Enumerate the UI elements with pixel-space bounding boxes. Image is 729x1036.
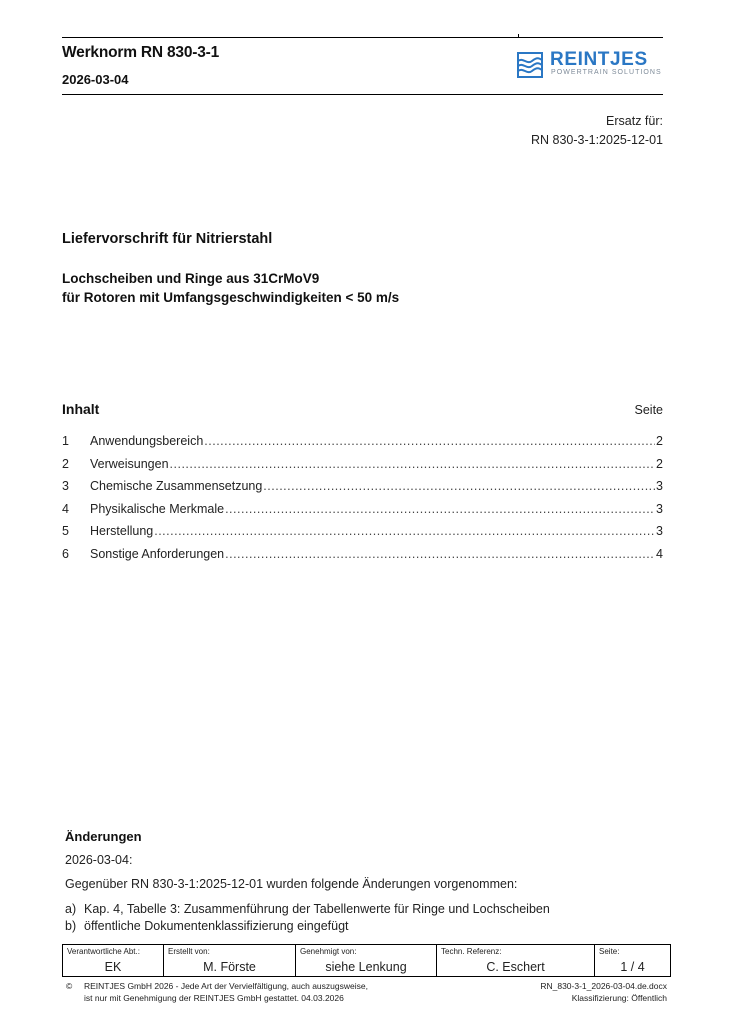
toc-entry-number: 1 <box>62 434 90 448</box>
toc-entry-page: 4 <box>656 547 663 561</box>
toc-entry-page: 3 <box>656 479 663 493</box>
replaces-block: Ersatz für: RN 830-3-1:2025-12-01 <box>531 112 663 150</box>
scope-line-1: Lochscheiben und Ringe aus 31CrMoV9 <box>62 269 399 288</box>
document-title: Werknorm RN 830-3-1 <box>62 44 219 62</box>
toc-leader-dots <box>263 479 655 493</box>
toc-entry-number: 3 <box>62 479 90 493</box>
document-scope: Lochscheiben und Ringe aus 31CrMoV9 für … <box>62 269 399 307</box>
cell-value: C. Eschert <box>437 960 594 974</box>
toc-entry-label: Anwendungsbereich <box>90 434 203 448</box>
toc-entry-page: 3 <box>656 502 663 516</box>
logo-tagline: POWERTRAIN SOLUTIONS <box>551 69 662 76</box>
toc-entry-herstellung[interactable]: 5 Herstellung 3 <box>62 524 663 547</box>
file-name: RN_830-3-1_2026-03-04.de.docx <box>540 980 667 992</box>
toc-entry-label: Sonstige Anforderungen <box>90 547 224 561</box>
cell-value: siehe Lenkung <box>296 960 436 974</box>
toc-leader-dots <box>170 457 656 471</box>
toc-leader-dots <box>204 434 655 448</box>
toc-entry-number: 2 <box>62 457 90 471</box>
document-subject: Liefervorschrift für Nitrierstahl <box>62 231 272 247</box>
toc-entry-sonstige-anforderungen[interactable]: 6 Sonstige Anforderungen 4 <box>62 547 663 570</box>
replaces-value: RN 830-3-1:2025-12-01 <box>531 131 663 150</box>
copyright-line-2: ist nur mit Genehmigung der REINTJES Gmb… <box>84 992 368 1004</box>
toc-heading: Inhalt <box>62 401 99 417</box>
cell-approved-by: Genehmigt von: siehe Lenkung <box>296 945 437 976</box>
header-tick-mark <box>518 34 519 37</box>
toc-entry-chemische-zusammensetzung[interactable]: 3 Chemische Zusammensetzung 3 <box>62 479 663 502</box>
classification: Klassifizierung: Öffentlich <box>540 992 667 1004</box>
toc-entry-page: 2 <box>656 457 663 471</box>
toc-entry-page: 3 <box>656 524 663 538</box>
document-page: Werknorm RN 830-3-1 2026-03-04 REINTJES … <box>0 0 729 1036</box>
cell-value: EK <box>63 960 163 974</box>
copyright-notice: © REINTJES GmbH 2026 - Jede Art der Verv… <box>66 980 368 1004</box>
toc-entry-physikalische-merkmale[interactable]: 4 Physikalische Merkmale 3 <box>62 502 663 525</box>
cell-value: 1 / 4 <box>595 960 670 974</box>
changes-date: 2026-03-04: <box>65 853 132 867</box>
toc-page-column-label: Seite <box>635 403 664 417</box>
toc-entry-number: 4 <box>62 502 90 516</box>
toc-entry-label: Physikalische Merkmale <box>90 502 224 516</box>
cell-technical-reference: Techn. Referenz: C. Eschert <box>437 945 595 976</box>
changes-intro: Gegenüber RN 830-3-1:2025-12-01 wurden f… <box>65 877 517 891</box>
table-of-contents: 1 Anwendungsbereich 2 2 Verweisungen 2 3… <box>62 434 663 570</box>
toc-leader-dots <box>154 524 655 538</box>
cell-label: Erstellt von: <box>168 947 210 956</box>
toc-entry-number: 6 <box>62 547 90 561</box>
cell-page-number: Seite: 1 / 4 <box>595 945 670 976</box>
approval-table: Verantwortliche Abt.: EK Erstellt von: M… <box>62 944 671 977</box>
replaces-label: Ersatz für: <box>531 112 663 131</box>
changes-item: a) Kap. 4, Tabelle 3: Zusammenführung de… <box>65 901 550 918</box>
changes-item-text: Kap. 4, Tabelle 3: Zusammenführung der T… <box>84 901 550 918</box>
changes-list: a) Kap. 4, Tabelle 3: Zusammenführung de… <box>65 901 550 934</box>
changes-item: b) öffentliche Dokumentenklassifizierung… <box>65 918 550 935</box>
logo-wordmark: REINTJES <box>550 49 648 71</box>
header-bottom-rule <box>62 94 663 95</box>
company-logo: REINTJES POWERTRAIN SOLUTIONS <box>517 51 665 79</box>
document-date: 2026-03-04 <box>62 72 129 87</box>
copyright-line-1: REINTJES GmbH 2026 - Jede Art der Vervie… <box>84 980 368 992</box>
toc-leader-dots <box>225 547 655 561</box>
toc-entry-label: Herstellung <box>90 524 153 538</box>
changes-item-marker: b) <box>65 918 84 935</box>
cell-label: Seite: <box>599 947 619 956</box>
file-info: RN_830-3-1_2026-03-04.de.docx Klassifizi… <box>540 980 667 1004</box>
cell-value: M. Förste <box>164 960 295 974</box>
copyright-icon: © <box>66 980 84 1004</box>
header-top-rule <box>62 37 663 38</box>
cell-label: Verantwortliche Abt.: <box>67 947 140 956</box>
changes-heading: Änderungen <box>65 829 142 844</box>
toc-entry-page: 2 <box>656 434 663 448</box>
toc-entry-verweisungen[interactable]: 2 Verweisungen 2 <box>62 457 663 480</box>
toc-entry-label: Chemische Zusammensetzung <box>90 479 262 493</box>
reintjes-wave-logo-icon <box>517 52 543 78</box>
scope-line-2: für Rotoren mit Umfangsgeschwindigkeiten… <box>62 288 399 307</box>
toc-entry-number: 5 <box>62 524 90 538</box>
cell-created-by: Erstellt von: M. Förste <box>164 945 296 976</box>
toc-entry-anwendungsbereich[interactable]: 1 Anwendungsbereich 2 <box>62 434 663 457</box>
cell-responsible-department: Verantwortliche Abt.: EK <box>63 945 164 976</box>
cell-label: Techn. Referenz: <box>441 947 501 956</box>
toc-leader-dots <box>225 502 655 516</box>
changes-item-marker: a) <box>65 901 84 918</box>
changes-item-text: öffentliche Dokumentenklassifizierung ei… <box>84 918 349 935</box>
toc-entry-label: Verweisungen <box>90 457 169 471</box>
cell-label: Genehmigt von: <box>300 947 356 956</box>
